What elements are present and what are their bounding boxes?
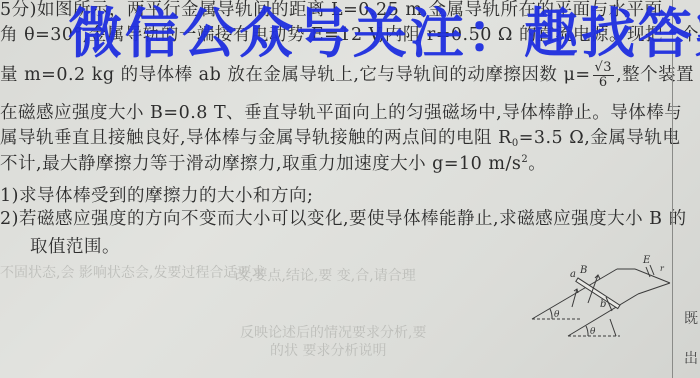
question-2: 2)若磁感应强度的方向不变而大小可以变化,要使导体棒能静止,求磁感应强度大小 B… (0, 205, 687, 230)
adjacent-page-char-2: 岀 (684, 348, 698, 368)
line5-tail: =3.5 Ω,金属导轨电 (519, 128, 681, 148)
label-theta-1: θ (554, 310, 560, 320)
bleed-through-text-4: 的状 要求分析说明 (270, 340, 386, 360)
label-r: r (660, 264, 665, 273)
bleed-through-text-2: 改,要点,结论,要 变,合,请合理 (235, 265, 416, 285)
label-B-field: B (579, 265, 587, 276)
label-theta-2: θ (590, 327, 596, 337)
problem-line-5: 属导轨垂直且接触良好,导体棒与金属导轨接触的两点间的电阻 R0=3.5 Ω,金属… (0, 124, 680, 149)
question-2-continued: 取值范围。 (30, 233, 120, 258)
inclined-rails-diagram: a b B E r θ θ (520, 245, 680, 345)
line5-text: 属导轨垂直且接触良好,导体棒与金属导轨接触的两点间的电阻 R (0, 128, 512, 148)
line6-text: 不计,最大静摩擦力等于滑动摩擦力,取重力加速度大小 g=10 m/s (0, 154, 521, 174)
line3-tail: ,整个装置 (616, 65, 694, 85)
line6-tail: 。 (528, 154, 546, 174)
question-1: 1)求导体棒受到的摩擦力的大小和方向; (0, 182, 313, 207)
watermark-overlay: 微信公众号关注：趣找答案 (68, 2, 700, 66)
label-E: E (642, 255, 651, 266)
fraction-denominator: 6 (593, 76, 615, 90)
problem-line-4: 在磁感应强度大小 B=0.8 T、垂直导轨平面向上的匀强磁场中,导体棒静止。导体… (0, 99, 682, 124)
bleed-through-text-3: 反映论述后的情况要求分析,要 (240, 322, 426, 342)
problem-line-6: 不计,最大静摩擦力等于滑动摩擦力,取重力加速度大小 g=10 m/s2。 (0, 150, 546, 175)
label-b: b (600, 299, 606, 310)
adjacent-page-char-1: 既 (684, 308, 698, 328)
r0-subscript: 0 (512, 138, 519, 149)
label-a: a (570, 269, 576, 280)
line3-text: 量 m=0.2 kg 的导体棒 ab 放在金属导轨上,它与导轨间的动摩擦因数 μ… (0, 65, 591, 85)
bleed-through-text-1: 不固状态,会 影响状态会,发要过程合适要求 (0, 262, 265, 282)
